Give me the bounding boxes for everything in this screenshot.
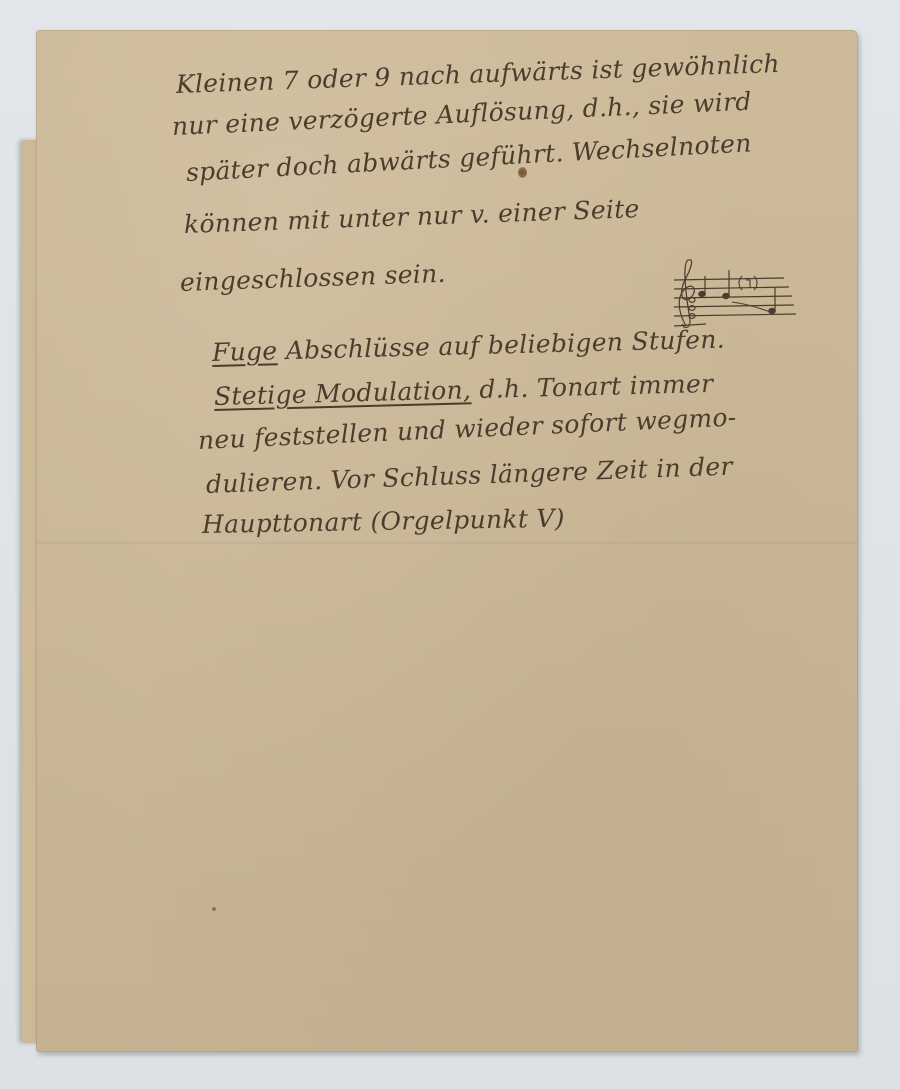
music-notation-example [664,256,804,336]
fuge-heading: Fuge [212,336,278,367]
text-line-7: Stetige Modulation, d.h. Tonart immer [214,369,714,411]
text-line-5: eingeschlossen sein. [179,259,446,297]
text-line-6: Fuge Abschlüsse auf beliebigen Stufen. [212,325,726,367]
text-line-10: Haupttonart (Orgelpunkt V) [202,504,565,539]
paper-fold-line [36,542,858,544]
text-line-4: können mit unter nur v. einer Seite [183,194,640,239]
paper-speck [212,907,216,911]
text-line-3: später doch abwärts geführt. Wechselnote… [185,128,752,187]
text-line-9: dulieren. Vor Schluss längere Zeit in de… [205,452,733,499]
text-line-8: neu feststellen und wieder sofort wegmo- [197,403,737,455]
manuscript-page: Kleinen 7 oder 9 nach aufwärts ist gewöh… [36,30,858,1052]
stetige-modulation-heading: Stetige Modulation, [214,375,472,411]
